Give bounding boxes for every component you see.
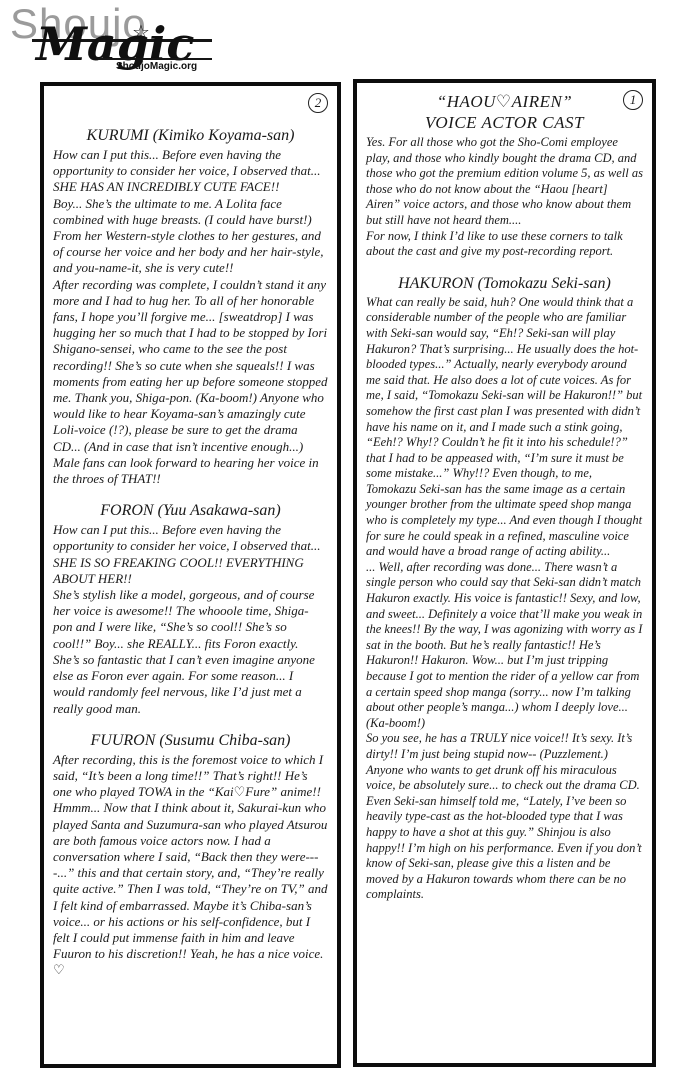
paragraph: She’s so fantastic that I can’t even ima… bbox=[53, 652, 328, 717]
cast-title-line2: VOICE ACTOR CAST bbox=[425, 113, 584, 132]
paragraph: Yes. For all those who got the Sho-Comi … bbox=[366, 135, 643, 229]
paragraph: What can really be said, huh? One would … bbox=[366, 295, 643, 560]
section-heading-hakuron: HAKURON (Tomokazu Seki-san) bbox=[366, 274, 643, 293]
star-icon: ☆ bbox=[132, 22, 150, 42]
panel-page-2: 2 KURUMI (Kimiko Koyama-san) How can I p… bbox=[40, 82, 341, 1068]
cast-title-line1: “HAOU♡AIREN” bbox=[437, 92, 573, 111]
section-heading-kurumi: KURUMI (Kimiko Koyama-san) bbox=[53, 126, 328, 145]
manga-scan-page: Shoujo Magic ☆ ShoujoMagic.org 2 KURUMI … bbox=[0, 0, 690, 1089]
paragraph: For now, I think I’d like to use these c… bbox=[366, 229, 643, 260]
logo-bottom-rule bbox=[98, 58, 212, 60]
cast-title: “HAOU♡AIREN” VOICE ACTOR CAST bbox=[384, 91, 625, 133]
paragraph: ... Well, after recording was done... Th… bbox=[366, 560, 643, 732]
paragraph: After recording, this is the foremost vo… bbox=[53, 752, 328, 979]
section-heading-fuuron: FUURON (Susumu Chiba-san) bbox=[53, 731, 328, 750]
logo-url-text: ShoujoMagic.org bbox=[116, 61, 197, 72]
paragraph: Anyone who wants to get drunk off his mi… bbox=[366, 763, 643, 903]
paragraph: After recording was complete, I couldn’t… bbox=[53, 277, 328, 488]
paragraph: SHE IS SO FREAKING COOL!! EVERYTHING ABO… bbox=[53, 555, 328, 587]
panel-page-1: 1 “HAOU♡AIREN” VOICE ACTOR CAST Yes. For… bbox=[353, 79, 656, 1067]
paragraph: How can I put this... Before even having… bbox=[53, 147, 328, 179]
panel-page-2-body: KURUMI (Kimiko Koyama-san) How can I put… bbox=[44, 86, 337, 1064]
section-heading-foron: FORON (Yuu Asakawa-san) bbox=[53, 501, 328, 520]
paragraph: She’s stylish like a model, gorgeous, an… bbox=[53, 587, 328, 652]
paragraph: Boy... She’s the ultimate to me. A Lolit… bbox=[53, 196, 328, 277]
shoujomagic-logo: Shoujo Magic ☆ ShoujoMagic.org bbox=[4, 2, 224, 80]
paragraph: SHE HAS AN INCREDIBLY CUTE FACE!! bbox=[53, 179, 328, 195]
paragraph: How can I put this... Before even having… bbox=[53, 522, 328, 554]
panel-page-1-body: “HAOU♡AIREN” VOICE ACTOR CAST Yes. For a… bbox=[357, 83, 652, 1063]
paragraph: So you see, he has a TRULY nice voice!! … bbox=[366, 731, 643, 762]
